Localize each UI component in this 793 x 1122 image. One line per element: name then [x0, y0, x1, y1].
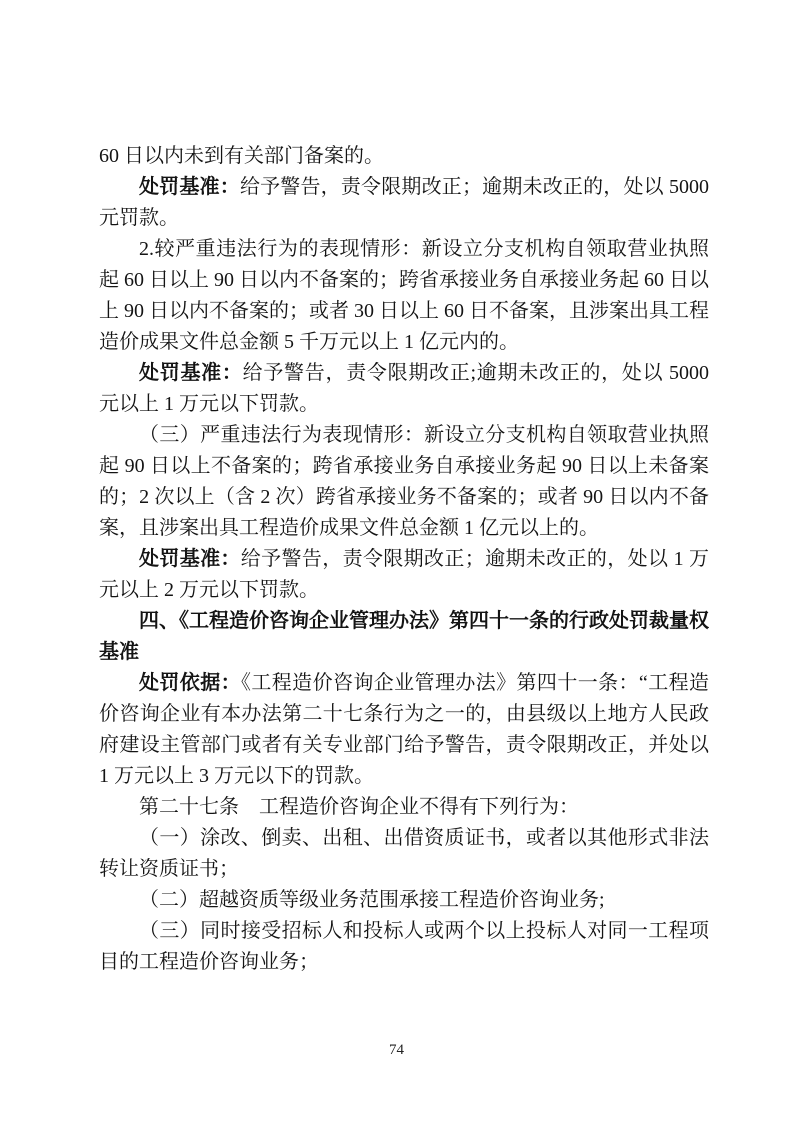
penalty-standard-2: 处罚基准：给予警告，责令限期改正;逾期未改正的，处以 5000 元以上 1 万元… [99, 358, 709, 420]
section-4-heading: 四、《工程造价咨询企业管理办法》第四十一条的行政处罚裁量权基准 [99, 606, 709, 668]
penalty-basis-label: 处罚依据： [139, 672, 241, 694]
document-page: 60 日以内未到有关部门备案的。 处罚基准：给予警告，责令限期改正；逾期未改正的… [0, 0, 793, 1122]
article-27-item-2: （二）超越资质等级业务范围承接工程造价咨询业务; [99, 885, 709, 916]
moderate-violation-description: 2.较严重违法行为的表现情形：新设立分支机构自领取营业执照起 60 日以上 90… [99, 234, 709, 358]
article-27-intro: 第二十七条 工程造价咨询企业不得有下列行为： [99, 792, 709, 823]
paragraph-text: 第二十七条 工程造价咨询企业不得有下列行为： [139, 796, 579, 818]
page-number: 74 [0, 1041, 793, 1059]
article-27-item-1: （一）涂改、倒卖、出租、出借资质证书，或者以其他形式非法转让资质证书； [99, 823, 709, 885]
penalty-standard-3: 处罚基准：给予警告，责令限期改正；逾期未改正的，处以 1 万元以上 2 万元以下… [99, 544, 709, 606]
continuation-text: 60 日以内未到有关部门备案的。 [99, 141, 709, 172]
penalty-standard-1: 处罚基准：给予警告，责令限期改正；逾期未改正的，处以 5000 元罚款。 [99, 172, 709, 234]
penalty-standard-label: 处罚基准： [139, 176, 240, 198]
paragraph-text: （二）超越资质等级业务范围承接工程造价咨询业务; [139, 889, 605, 911]
penalty-standard-label: 处罚基准： [139, 548, 241, 570]
paragraph-text: （三）严重违法行为表现情形：新设立分支机构自领取营业执照起 90 日以上不备案的… [99, 424, 709, 539]
paragraph-text: （三）同时接受招标人和投标人或两个以上投标人对同一工程项目的工程造价咨询业务； [99, 920, 709, 973]
document-body: 60 日以内未到有关部门备案的。 处罚基准：给予警告，责令限期改正；逾期未改正的… [99, 141, 709, 978]
paragraph-text: （一）涂改、倒卖、出租、出借资质证书，或者以其他形式非法转让资质证书； [99, 827, 709, 880]
paragraph-text: 2.较严重违法行为的表现情形：新设立分支机构自领取营业执照起 60 日以上 90… [99, 238, 709, 353]
paragraph-text: 60 日以内未到有关部门备案的。 [99, 145, 384, 167]
heading-text: 四、《工程造价咨询企业管理办法》第四十一条的行政处罚裁量权基准 [99, 610, 709, 663]
penalty-basis: 处罚依据：《工程造价咨询企业管理办法》第四十一条：“工程造价咨询企业有本办法第二… [99, 668, 709, 792]
article-27-item-3: （三）同时接受招标人和投标人或两个以上投标人对同一工程项目的工程造价咨询业务； [99, 916, 709, 978]
severe-violation-description: （三）严重违法行为表现情形：新设立分支机构自领取营业执照起 90 日以上不备案的… [99, 420, 709, 544]
penalty-standard-label: 处罚基准： [139, 362, 243, 384]
